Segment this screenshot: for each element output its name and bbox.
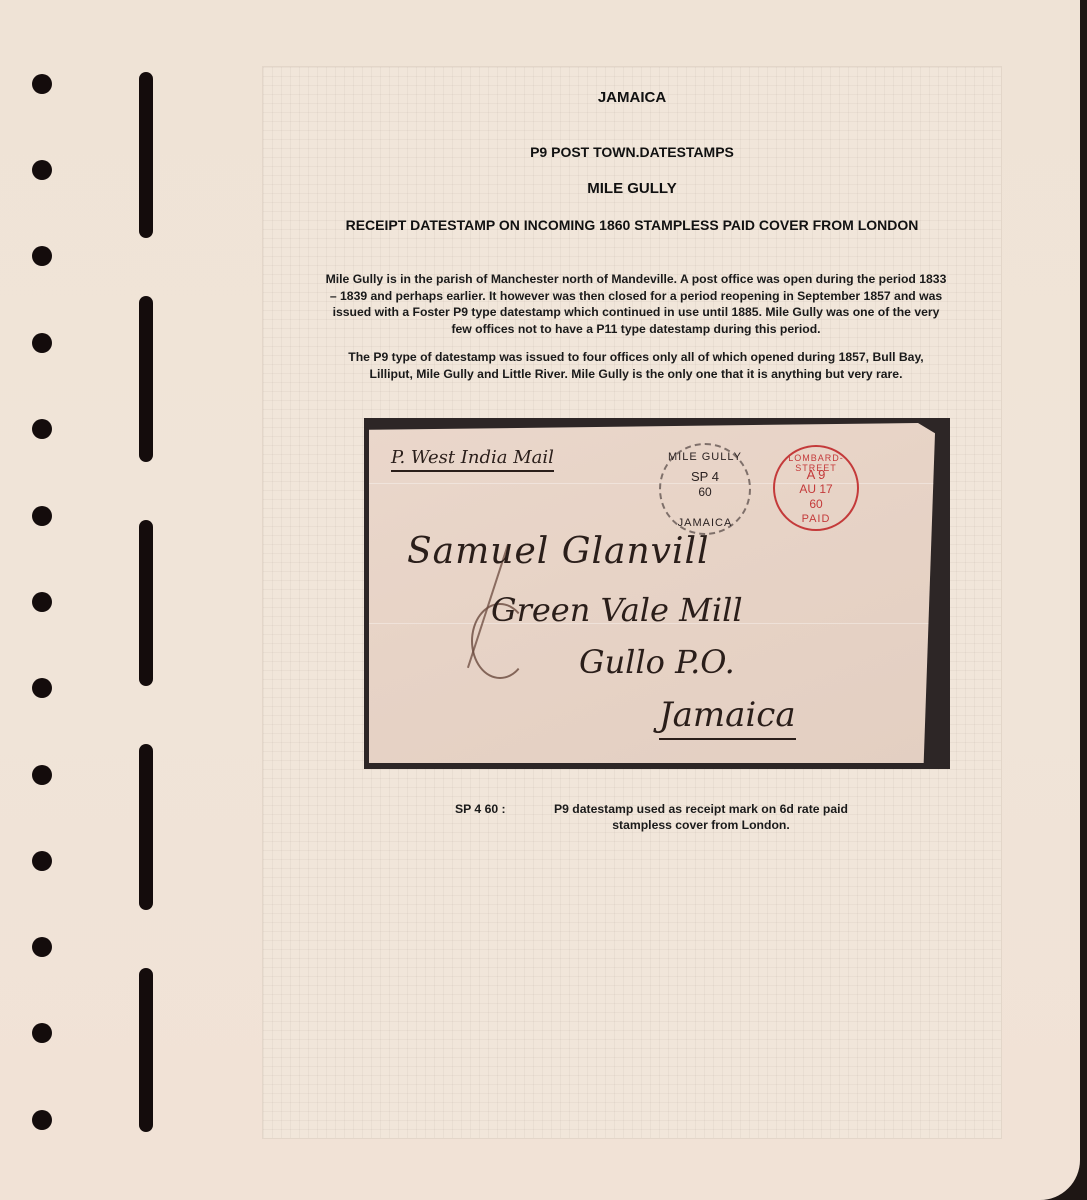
binder-hole xyxy=(32,851,52,871)
binder-hole xyxy=(32,506,52,526)
album-page: JAMAICA P9 POST TOWN.DATESTAMPS MILE GUL… xyxy=(0,0,1080,1200)
endorsement-text: P. West India Mail xyxy=(391,447,554,472)
binder-hole xyxy=(32,246,52,266)
section-heading: P9 POST TOWN.DATESTAMPS xyxy=(263,144,1001,160)
address-line-1: Samuel Glanvill xyxy=(407,531,710,572)
binder-hole xyxy=(32,592,52,612)
description-paragraph-1: Mile Gully is in the parish of Mancheste… xyxy=(325,271,947,337)
stamp-date: AU 17 xyxy=(775,482,857,496)
address-line-2: Green Vale Mill xyxy=(491,591,743,629)
stampless-cover-image: P. West India Mail MILE GULLY SP 4 60 JA… xyxy=(369,423,935,763)
binder-hole xyxy=(32,333,52,353)
address-line-3: Gullo P.O. xyxy=(579,643,735,681)
mile-gully-datestamp: MILE GULLY SP 4 60 JAMAICA xyxy=(659,443,751,535)
binder-slot xyxy=(139,72,153,238)
binder-slot xyxy=(139,744,153,910)
binder-hole xyxy=(32,160,52,180)
stamp-code: A 9 xyxy=(775,467,857,482)
town-heading: MILE GULLY xyxy=(263,180,1001,197)
stamp-rim-bottom: PAID xyxy=(775,513,857,525)
binder-hole xyxy=(32,1023,52,1043)
caption-text: P9 datestamp used as receipt mark on 6d … xyxy=(541,801,861,833)
binder-hole xyxy=(32,765,52,785)
binder-hole xyxy=(32,74,52,94)
stamp-date: SP 4 xyxy=(661,469,749,484)
address-line-4: Jamaica xyxy=(659,695,796,740)
binder-hole xyxy=(32,1110,52,1130)
binder-slot xyxy=(139,296,153,462)
cover-mount: P. West India Mail MILE GULLY SP 4 60 JA… xyxy=(364,418,950,769)
exhibit-panel: JAMAICA P9 POST TOWN.DATESTAMPS MILE GUL… xyxy=(262,66,1002,1139)
lombard-street-paid-stamp: LOMBARD-STREET A 9 AU 17 60 PAID xyxy=(773,445,859,531)
subtitle-heading: RECEIPT DATESTAMP ON INCOMING 1860 STAMP… xyxy=(263,217,1001,233)
binder-slot xyxy=(139,520,153,686)
description-paragraph-2: The P9 type of datestamp was issued to f… xyxy=(325,349,947,382)
page-country-heading: JAMAICA xyxy=(263,89,1001,106)
stamp-year: 60 xyxy=(775,497,857,511)
stamp-rim-bottom: JAMAICA xyxy=(661,517,749,529)
stamp-year: 60 xyxy=(661,485,749,499)
binder-hole xyxy=(32,937,52,957)
binder-hole xyxy=(32,678,52,698)
stamp-rim-top: MILE GULLY xyxy=(661,451,749,463)
caption-date: SP 4 60 : xyxy=(455,801,506,817)
binder-slot xyxy=(139,968,153,1132)
binder-hole xyxy=(32,419,52,439)
